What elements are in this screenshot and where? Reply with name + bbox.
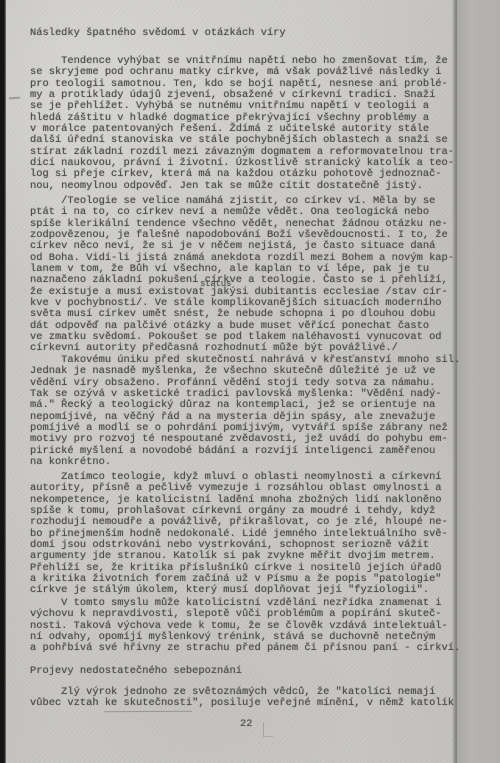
faint-corner-mark [263,722,273,737]
text-line: a pohřbívá své hřivny ze strachu před pá… [30,643,460,654]
paragraph-1: Tendence vyhýbat se vnitřnímu napětí neb… [30,56,454,192]
paragraph-4: Zatímco teologie, když mluví o oblasti n… [30,472,448,597]
paragraph-5: V tomto smyslu může katolicistní vzdělán… [30,598,460,655]
page-heading: Následky špatného svědomí v otázkách vír… [30,28,286,39]
page-text: Následky špatného svědomí v otázkách vír… [0,0,500,763]
text-line: Jednak je nasnadě myšlenka, že všechno s… [30,366,460,377]
text-line: nou, neomylnou odpověď. Jen tak se může … [30,181,454,192]
paragraph-3: Takovému úniku před skutečností nahrává … [30,355,460,468]
text-line: výchovu k nepravdivosti, slepotě vůči pr… [30,609,460,620]
section-subheading: Projevy nedostatečného sebepoznání [30,666,242,677]
text-line: ptát i na to, co církev neví a nemůže vě… [30,207,454,218]
paragraph-2: /Teologie se velice namáhá zjistit, co c… [30,196,454,355]
text-line: autority, přísně a pečlivě vymezuje i ro… [30,483,448,494]
text-line: se skryjeme pod ochranu matky církve, má… [30,67,454,78]
page-number: 22 [240,719,252,730]
text-line: na konkrétno. [30,457,460,468]
paragraph-6: Zlý výrok jednoho ze světoznámých vědců,… [30,687,454,710]
text-line: vůbec vztah ke skutečnosti", posiluje ve… [30,698,454,709]
text-line: církve je stálým úkolem, který musí dopl… [30,585,448,596]
scanned-page: Následky špatného svědomí v otázkách vír… [0,0,500,763]
typed-insertion-status: status [200,279,231,290]
